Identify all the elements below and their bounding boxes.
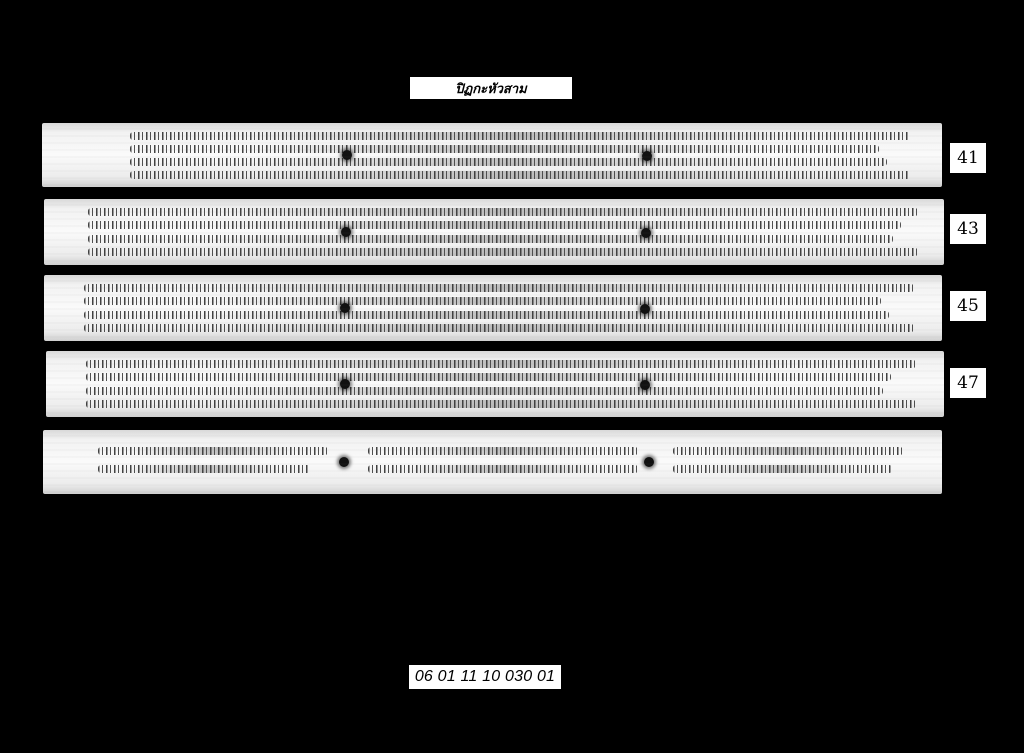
string-hole-left (339, 457, 349, 467)
string-hole-right (640, 304, 650, 314)
string-hole-left (342, 150, 352, 160)
manuscript-title: ปิฏกะหัวสาม (455, 78, 527, 99)
leaf-text-block (88, 205, 918, 259)
manuscript-title-label: ปิฏกะหัวสาม (410, 77, 572, 99)
string-hole-right (640, 380, 650, 390)
leaf-text-block (130, 129, 910, 181)
leaf-text-block (86, 357, 916, 411)
palm-leaf-2 (44, 199, 944, 265)
string-hole-left (341, 227, 351, 237)
catalogue-code-label: 06 01 11 10 030 01 (409, 665, 561, 689)
string-hole-right (641, 228, 651, 238)
string-hole-left (340, 379, 350, 389)
leaf-number-label: 41 (950, 143, 986, 173)
leaf-number-label: 43 (950, 214, 986, 244)
leaf-text-block (84, 281, 914, 335)
leaf-text-block-center (368, 442, 638, 478)
leaf-number-label: 45 (950, 291, 986, 321)
leaf-text-block-left (98, 442, 328, 478)
leaf-number-label: 47 (950, 368, 986, 398)
string-hole-right (642, 151, 652, 161)
palm-leaf-4 (46, 351, 944, 417)
string-hole-left (340, 303, 350, 313)
string-hole-right (644, 457, 654, 467)
palm-leaf-3 (44, 275, 942, 341)
leaf-text-block-right (673, 442, 903, 478)
catalogue-code: 06 01 11 10 030 01 (415, 668, 555, 686)
palm-leaf-1 (42, 123, 942, 187)
palm-leaf-5 (43, 430, 942, 494)
